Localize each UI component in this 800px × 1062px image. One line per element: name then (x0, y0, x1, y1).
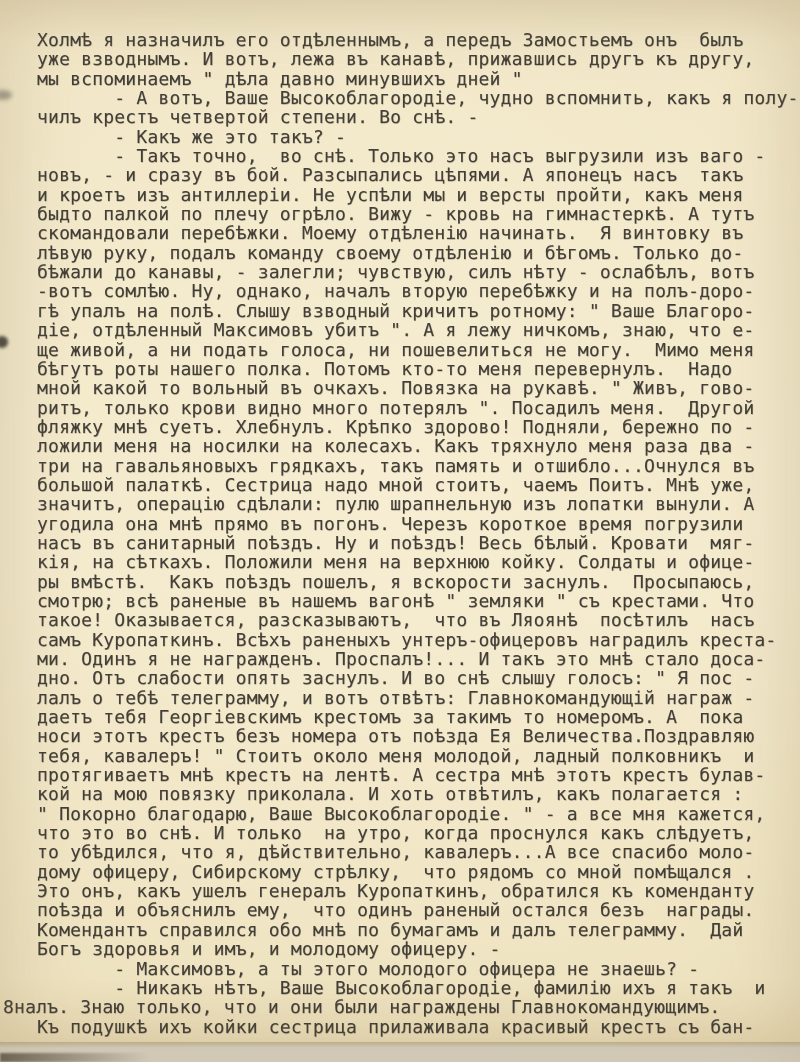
text-line: большой палаткѣ. Сестрица надо мной стои… (37, 476, 792, 495)
text-line: и кроетъ изъ антиллеріи. Не успѣли мы и … (37, 186, 792, 205)
text-line: ритъ, только крови видно много потерялъ … (37, 399, 792, 418)
text-line: быдто палкой по плечу огрѣло. Вижу - кро… (37, 205, 792, 224)
scan-smudge (0, 90, 12, 100)
text-line: ми. Одинъ я не награжденъ. Проспалъ!... … (37, 650, 792, 669)
scanned-page: Холмѣ я назначилъ его отдѣленнымъ, а пер… (0, 0, 800, 1062)
text-line: такое! Оказывается, разсказываютъ, что в… (37, 611, 792, 630)
text-line: бѣгутъ роты нашего полка. Потомъ кто-то … (37, 360, 792, 379)
text-line: Къ подушкѣ ихъ койки сестрица прилаживал… (37, 1018, 792, 1037)
text-line: даетъ тебя Георгіевскимъ крестомъ за так… (37, 708, 792, 727)
text-line: - Такъ точно, во снѣ. Только это насъ вы… (37, 147, 792, 166)
scan-smudge (0, 336, 8, 348)
text-line: мы вспоминаемъ " дѣла давно минувшихъ дн… (37, 70, 792, 89)
text-line: три на гавальяновыхъ грядкахъ, такъ памя… (37, 457, 792, 476)
text-line: ры вмѣстѣ. Какъ поѣздъ пошелъ, я вскорос… (37, 573, 792, 592)
text-line: дому офицеру, Сибирскому стрѣлку, что ря… (37, 863, 792, 882)
text-line: " Покорно благодарю, Ваше Высокоблагород… (37, 805, 792, 824)
text-line: фляжку мнѣ суетъ. Хлебнулъ. Крѣпко здоро… (37, 418, 792, 437)
text-line: - Никакъ нѣтъ, Ваше Высокоблагородіе, фа… (37, 979, 792, 998)
scan-shadow (0, 1053, 150, 1062)
text-line: Это онъ, какъ ушелъ генералъ Куропаткинъ… (37, 882, 792, 901)
text-line: скомандовали перебѣжки. Моему отдѣленію … (37, 224, 792, 243)
text-line: протягиваетъ мнѣ крестъ на лентѣ. А сест… (37, 766, 792, 785)
text-line: ще живой, а ни подать голоса, ни пошевел… (37, 341, 792, 360)
text-line: Богъ здоровья и имъ, и молодому офицеру.… (37, 940, 792, 959)
text-line: кой на мою повязку приколала. И хоть отв… (37, 785, 792, 804)
text-line: гѣ упалъ на полѣ. Слышу взводный кричитъ… (37, 302, 792, 321)
text-line: носи этотъ крестъ безъ номера отъ поѣзда… (37, 727, 792, 746)
text-line: значитъ, операцію сдѣлали: пулю шрапнель… (37, 495, 792, 514)
text-line: 8налъ. Знаю только, что и они были награ… (3, 998, 792, 1017)
text-line: новъ, - и сразу въ бой. Разсыпались цѣпя… (37, 166, 792, 185)
text-line: дно. Отъ слабости опять заснулъ. И во сн… (37, 669, 792, 688)
text-line: тебя, кавалеръ! " Стоитъ около меня моло… (37, 747, 792, 766)
text-line: Холмѣ я назначилъ его отдѣленнымъ, а пер… (37, 31, 792, 50)
text-line: чилъ крестъ четвертой степени. Во снѣ. - (37, 108, 792, 127)
text-line: угодила она мнѣ прямо въ погонъ. Черезъ … (37, 515, 792, 534)
text-line: кія, на сѣткахъ. Положили меня на верхню… (37, 553, 792, 572)
text-line: Комендантъ справился обо мнѣ по бумагамъ… (37, 921, 792, 940)
text-line: -вотъ сомлѣю. Ну, однако, началъ вторую … (37, 282, 792, 301)
text-line: ложили меня на носилки на колесахъ. Какъ… (37, 437, 792, 456)
text-line: діе, отдѣленный Максимовъ убитъ ". А я л… (37, 321, 792, 340)
page-text: Холмѣ я назначилъ его отдѣленнымъ, а пер… (37, 31, 792, 1037)
text-line: бѣжали до канавы, - залегли; чувствую, с… (37, 263, 792, 282)
text-line: - А вотъ, Ваше Высокоблагородіе, чудно в… (37, 89, 792, 108)
text-line: мной какой то вольный въ очкахъ. Повязка… (37, 379, 792, 398)
text-line: - Максимовъ, а ты этого молодого офицера… (37, 960, 792, 979)
text-line: то убѣдился, что я, дѣйствительно, кавал… (37, 843, 792, 862)
text-line: поѣзда и объяснилъ ему, что одинъ ранены… (37, 901, 792, 920)
text-line: - Какъ же это такъ? - (37, 128, 792, 147)
text-line: что это во снѣ. И только на утро, когда … (37, 824, 792, 843)
text-line: лѣвую руку, подалъ команду своему отдѣле… (37, 244, 792, 263)
text-line: уже взводнымъ. И вотъ, лежа въ канавѣ, п… (37, 50, 792, 69)
text-line: насъ въ санитарный поѣздъ. Ну и поѣздъ! … (37, 534, 792, 553)
text-line: лалъ о тебѣ телеграмму, и вотъ отвѣтъ: Г… (37, 689, 792, 708)
text-line: смотрю; всѣ раненые въ нашемъ вагонѣ " з… (37, 592, 792, 611)
text-line: самъ Куропаткинъ. Всѣхъ раненыхъ унтеръ-… (37, 631, 792, 650)
